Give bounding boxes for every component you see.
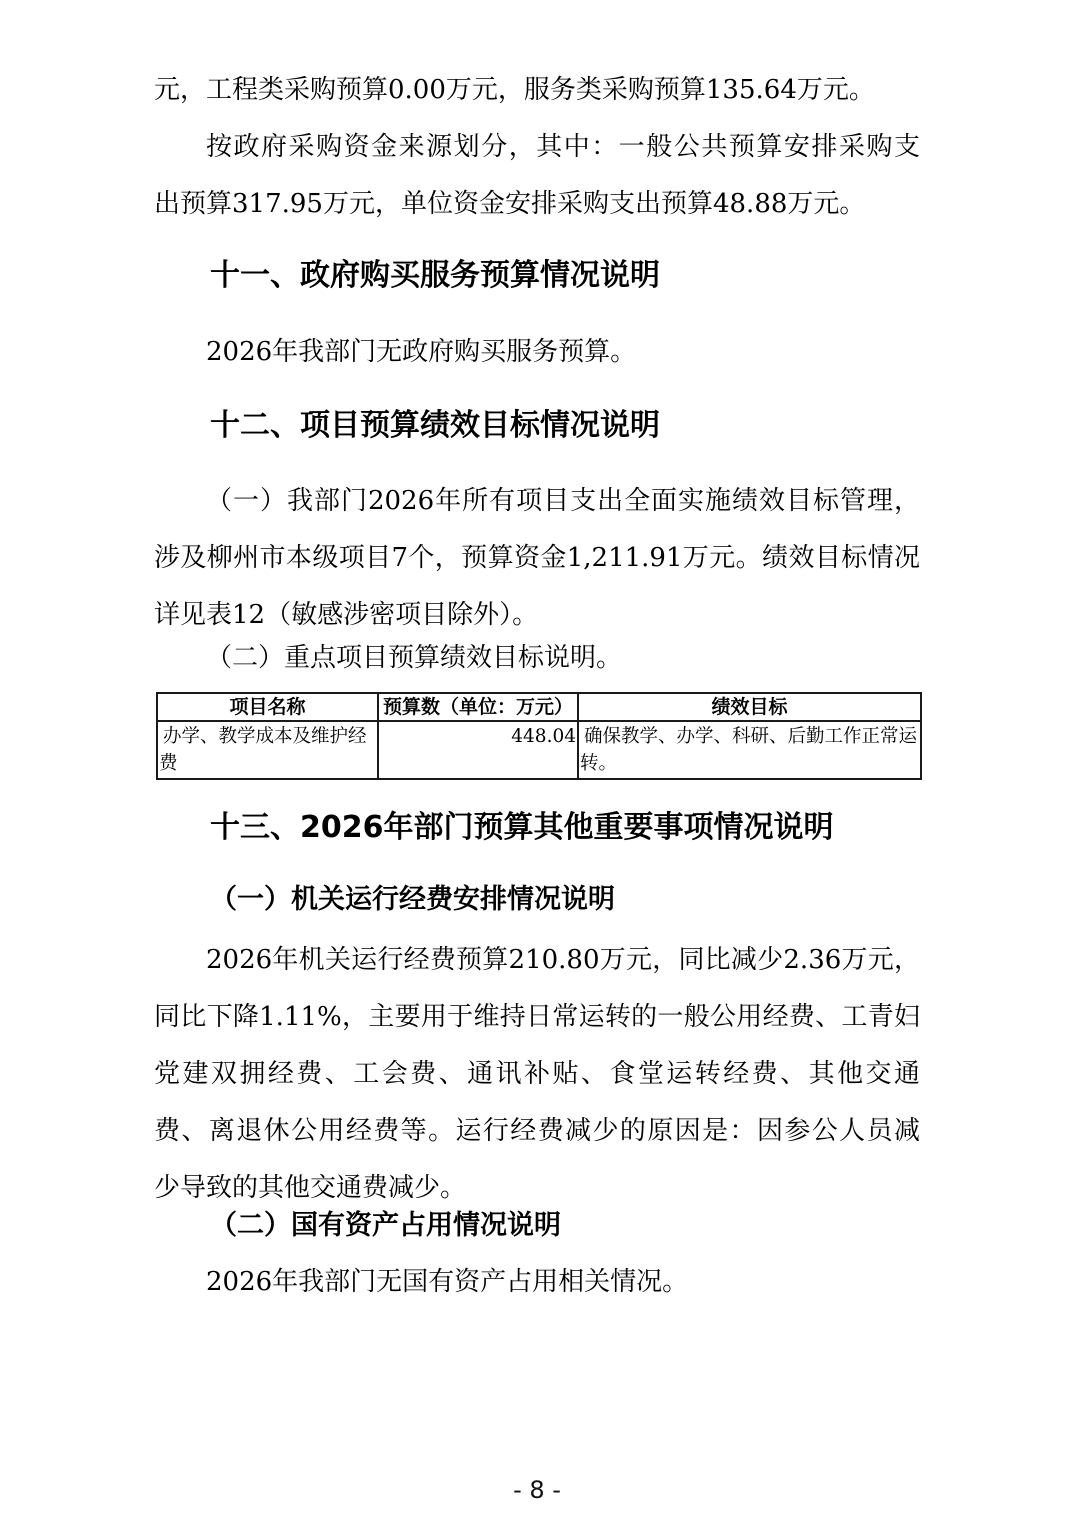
body-line: 元，工程类采购预算0.00万元，服务类采购预算135.64万元。 — [154, 62, 920, 119]
paragraph-no-gov-service: 2026年我部门无政府购买服务预算。 — [154, 324, 920, 381]
table-header-row: 项目名称 预算数（单位：万元） 绩效目标 — [157, 693, 921, 721]
body-line: 出预算317.95万元，单位资金安排采购支出预算48.88万元。 — [154, 176, 920, 233]
table-header-project-name: 项目名称 — [157, 693, 378, 721]
body-line: 同比下降1.11%，主要用于维持日常运转的一般公用经费、工青妇 — [154, 989, 920, 1046]
heading-section-13: 十三、2026年部门预算其他重要事项情况说明 — [154, 799, 920, 856]
body-line: 涉及柳州市本级项目7个，预算资金1,211.91万元。绩效目标情况 — [154, 530, 920, 587]
subheading-state-assets: （二）国有资产占用情况说明 — [154, 1197, 920, 1254]
table-header-goal: 绩效目标 — [578, 693, 921, 721]
performance-target-table: 项目名称 预算数（单位：万元） 绩效目标 办学、教学成本及维护经费 448.04… — [156, 692, 922, 780]
page-number: - 8 - — [0, 1475, 1074, 1505]
body-line: 费、离退休公用经费等。运行经费减少的原因是：因参公人员减 — [154, 1103, 920, 1160]
body-line: （一）我部门2026年所有项目支出全面实施绩效目标管理， — [154, 473, 920, 530]
subheading-admin-operating-costs: （一）机关运行经费安排情况说明 — [154, 871, 920, 928]
body-line: 按政府采购资金来源划分，其中：一般公共预算安排采购支 — [154, 119, 920, 176]
paragraph-no-state-assets: 2026年我部门无国有资产占用相关情况。 — [154, 1254, 920, 1311]
cell-project-name: 办学、教学成本及维护经费 — [157, 721, 378, 779]
body-line: 党建双拥经费、工会费、通讯补贴、食堂运转经费、其他交通 — [154, 1046, 920, 1103]
table-header-budget: 预算数（单位：万元） — [378, 693, 578, 721]
paragraph-procurement-funding: 元，工程类采购预算0.00万元，服务类采购预算135.64万元。 按政府采购资金… — [154, 62, 920, 233]
paragraph-performance-targets: （一）我部门2026年所有项目支出全面实施绩效目标管理， 涉及柳州市本级项目7个… — [154, 473, 920, 644]
heading-section-11: 十一、政府购买服务预算情况说明 — [154, 247, 920, 304]
paragraph-admin-operating-costs: 2026年机关运行经费预算210.80万元，同比减少2.36万元， 同比下降1.… — [154, 932, 920, 1217]
heading-section-12: 十二、项目预算绩效目标情况说明 — [154, 397, 920, 454]
table-row: 办学、教学成本及维护经费 448.04 确保教学、办学、科研、后勤工作正常运转。 — [157, 721, 921, 779]
cell-budget-amount: 448.04 — [378, 721, 578, 779]
cell-performance-goal: 确保教学、办学、科研、后勤工作正常运转。 — [578, 721, 921, 779]
body-line: 2026年机关运行经费预算210.80万元，同比减少2.36万元， — [154, 932, 920, 989]
paragraph-key-projects: （二）重点项目预算绩效目标说明。 — [154, 630, 920, 687]
document-page: 元，工程类采购预算0.00万元，服务类采购预算135.64万元。 按政府采购资金… — [0, 0, 1074, 1520]
